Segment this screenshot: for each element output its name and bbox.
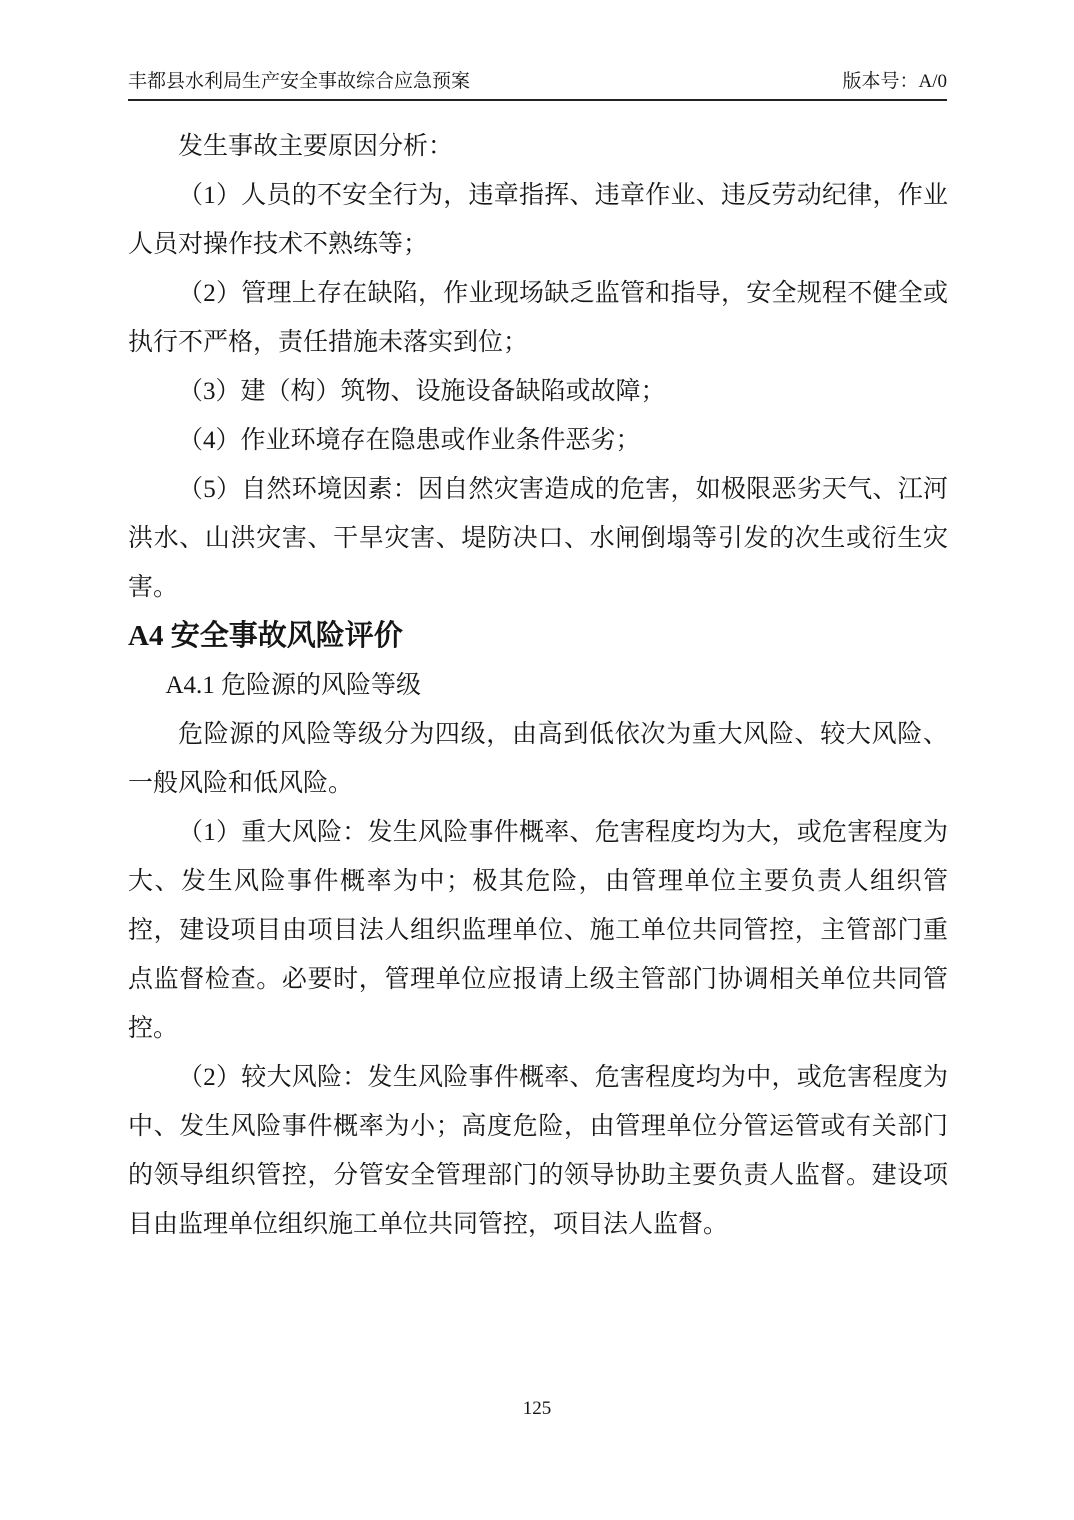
paragraph: （2）较大风险：发生风险事件概率、危害程度均为中，或危害程度为中、发生风险事件概… bbox=[128, 1053, 948, 1249]
paragraph: （5）自然环境因素：因自然灾害造成的危害，如极限恶劣天气、江河洪水、山洪灾害、干… bbox=[128, 465, 948, 612]
page-header: 丰都县水利局生产安全事故综合应急预案 版本号：A/0 bbox=[128, 70, 947, 101]
paragraph: （2）管理上存在缺陷，作业现场缺乏监管和指导，安全规程不健全或执行不严格，责任措… bbox=[128, 269, 948, 367]
page-footer: 125 bbox=[0, 1397, 1074, 1421]
version-label: 版本号：A/0 bbox=[842, 70, 947, 94]
paragraph: 发生事故主要原因分析： bbox=[128, 122, 948, 171]
page-number: 125 bbox=[523, 1398, 552, 1419]
paragraph: （1）重大风险：发生风险事件概率、危害程度均为大，或危害程度为大、发生风险事件概… bbox=[128, 808, 948, 1053]
subsection-heading: A4.1 危险源的风险等级 bbox=[128, 661, 948, 710]
paragraph: 危险源的风险等级分为四级，由高到低依次为重大风险、较大风险、一般风险和低风险。 bbox=[128, 710, 948, 808]
section-heading: A4 安全事故风险评价 bbox=[128, 612, 948, 661]
document-page: 丰都县水利局生产安全事故综合应急预案 版本号：A/0 发生事故主要原因分析：（1… bbox=[0, 0, 1074, 1520]
paragraph: （3）建（构）筑物、设施设备缺陷或故障； bbox=[128, 367, 948, 416]
paragraph: （4）作业环境存在隐患或作业条件恶劣； bbox=[128, 416, 948, 465]
document-body: 发生事故主要原因分析：（1）人员的不安全行为，违章指挥、违章作业、违反劳动纪律，… bbox=[128, 122, 948, 1249]
document-title: 丰都县水利局生产安全事故综合应急预案 bbox=[128, 70, 470, 94]
paragraph: （1）人员的不安全行为，违章指挥、违章作业、违反劳动纪律，作业人员对操作技术不熟… bbox=[128, 171, 948, 269]
